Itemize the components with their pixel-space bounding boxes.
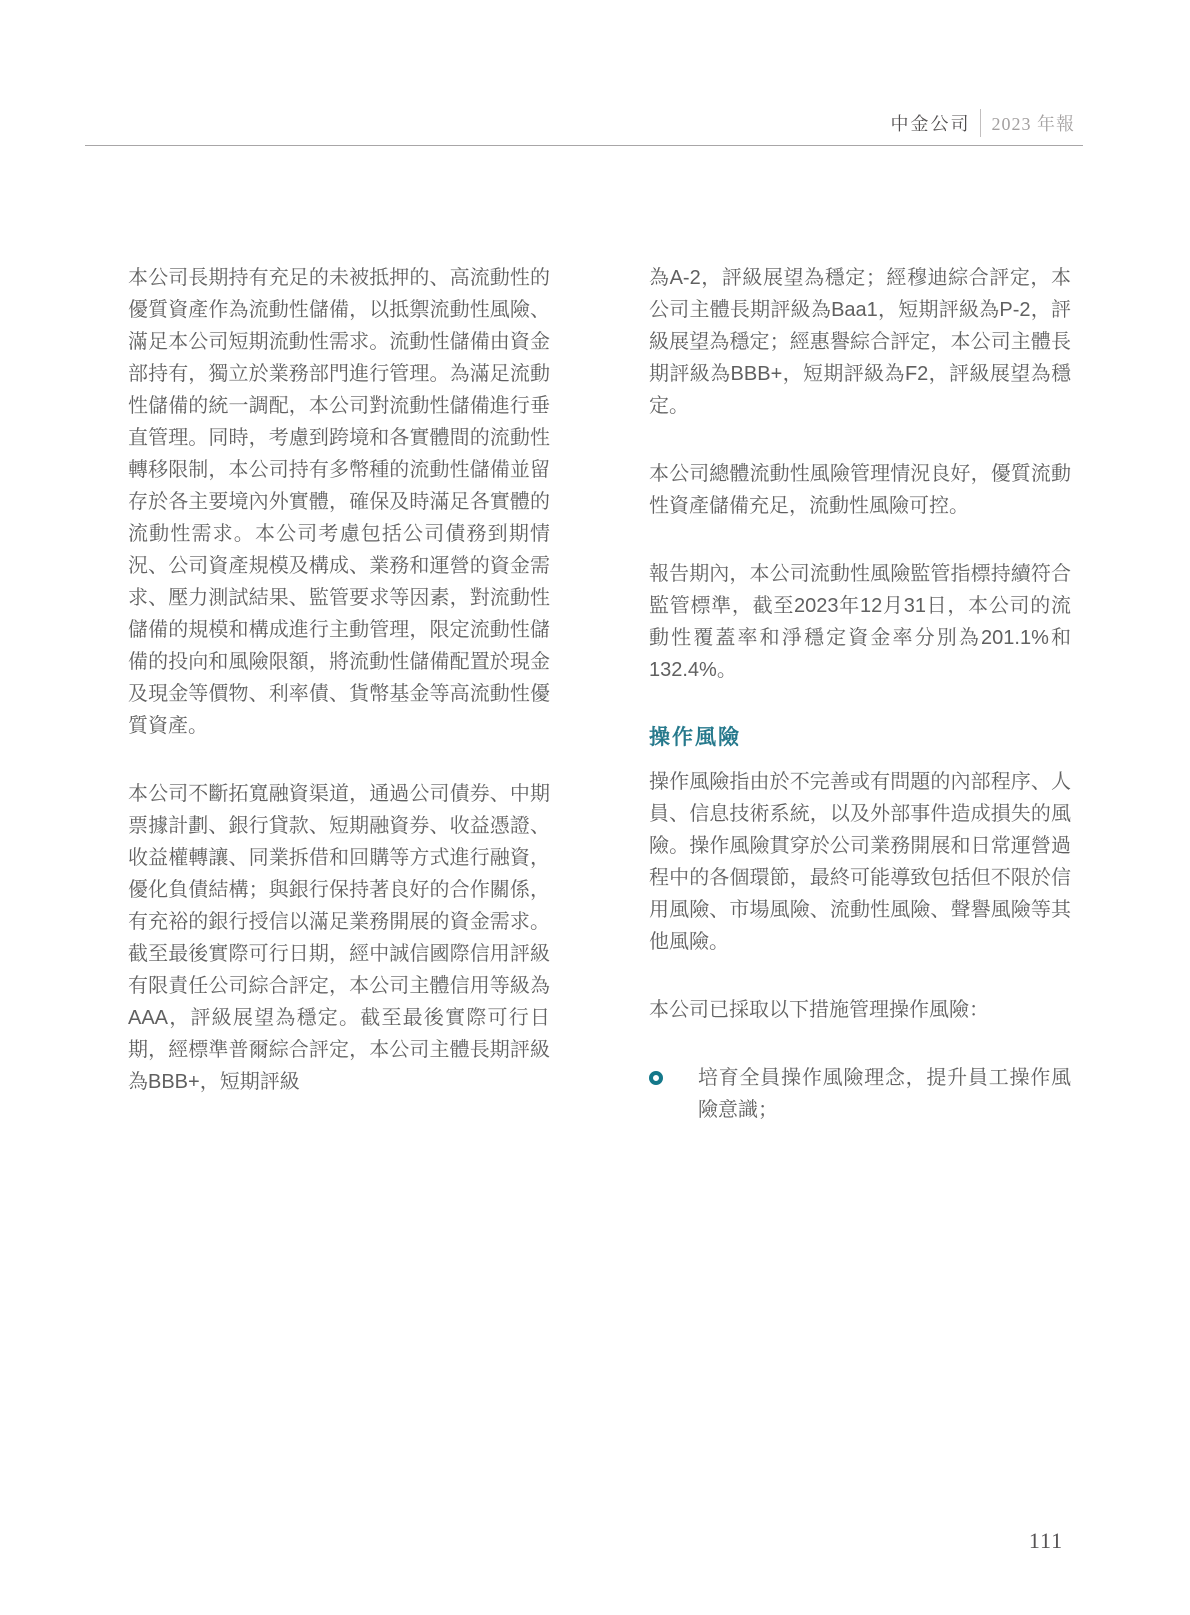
- body-paragraph: 報告期內，本公司流動性風險監管指標持續符合監管標準，截至2023年12月31日，…: [649, 558, 1071, 686]
- header-divider: [980, 109, 981, 137]
- company-name: 中金公司: [891, 110, 971, 136]
- section-heading-operational-risk: 操作風險: [649, 722, 1071, 754]
- measures-bullet-list: 培育全員操作風險理念，提升員工操作風險意識；: [649, 1062, 1071, 1126]
- right-column: 為A-2，評級展望為穩定；經穆迪綜合評定，本公司主體長期評級為Baa1，短期評級…: [649, 262, 1071, 1158]
- ring-bullet-icon: [649, 1071, 663, 1085]
- body-paragraph: 本公司總體流動性風險管理情況良好，優質流動性資產儲備充足，流動性風險可控。: [649, 458, 1071, 522]
- page-header: 中金公司 2023 年報: [891, 108, 1076, 138]
- body-paragraph: 本公司不斷拓寬融資渠道，通過公司債券、中期票據計劃、銀行貸款、短期融資券、收益憑…: [128, 778, 550, 1098]
- page-number: 111: [1013, 1528, 1079, 1554]
- report-edition: 2023 年報: [992, 110, 1076, 136]
- bullet-text: 培育全員操作風險理念，提升員工操作風險意識；: [698, 1062, 1071, 1126]
- report-page: 中金公司 2023 年報 本公司長期持有充足的未被抵押的、高流動性的優質資產作為…: [0, 0, 1190, 1615]
- left-column: 本公司長期持有充足的未被抵押的、高流動性的優質資產作為流動性儲備，以抵禦流動性風…: [128, 262, 550, 1134]
- body-paragraph: 為A-2，評級展望為穩定；經穆迪綜合評定，本公司主體長期評級為Baa1，短期評級…: [649, 262, 1071, 422]
- body-paragraph: 操作風險指由於不完善或有問題的內部程序、人員、信息技術系統，以及外部事件造成損失…: [649, 766, 1071, 958]
- body-paragraph: 本公司長期持有充足的未被抵押的、高流動性的優質資產作為流動性儲備，以抵禦流動性風…: [128, 262, 550, 742]
- bullet-item: 培育全員操作風險理念，提升員工操作風險意識；: [649, 1062, 1071, 1126]
- body-paragraph: 本公司已採取以下措施管理操作風險：: [649, 994, 1071, 1026]
- header-rule: [85, 145, 1083, 146]
